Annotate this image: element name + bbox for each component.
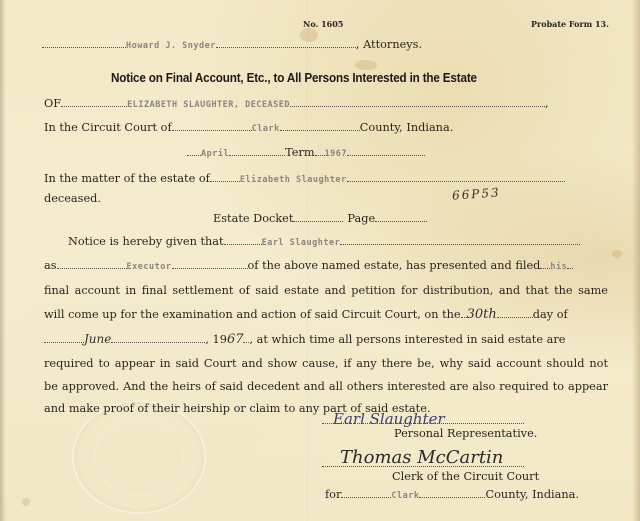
as-label: as xyxy=(44,259,57,272)
page-label: Page xyxy=(347,212,375,225)
line5-suffix: , at which time all persons interested i… xyxy=(249,333,565,346)
hearing-year: 67 xyxy=(227,332,244,347)
probate-document: No. 1605 Probate Form 13. Howard J. Snyd… xyxy=(0,0,640,521)
hearing-month-line: June, 1967, at which time all persons in… xyxy=(44,333,565,346)
court-county: Clark xyxy=(252,124,280,134)
docket-label: Estate Docket xyxy=(213,212,293,225)
estate-name-caps: ELIZABETH SLAUGHTER, DECEASED xyxy=(127,100,290,110)
deceased-label: deceased. xyxy=(44,193,101,204)
notice-line-3: final account in final settlement of sai… xyxy=(44,284,608,297)
hearing-suffix: day of xyxy=(533,308,568,321)
hearing-date-line: will come up for the examination and act… xyxy=(44,308,568,321)
of-label: OF xyxy=(44,97,61,110)
for-suffix: County, Indiana. xyxy=(485,488,579,501)
notice-person-name: Earl Slaughter xyxy=(262,238,341,248)
for-label: for xyxy=(325,488,341,501)
term-label: Term xyxy=(285,146,314,159)
role-value: Executor xyxy=(127,262,172,272)
paper-edge-right xyxy=(632,0,640,521)
hearing-prefix: will come up for the examination and act… xyxy=(44,308,461,321)
clerk-county-line: forClarkCounty, Indiana. xyxy=(325,489,579,501)
attorneys-suffix: , Attorneys. xyxy=(356,38,422,51)
notice-given-line: Notice is hereby given thatEarl Slaughte… xyxy=(68,236,580,248)
attorneys-line: Howard J. Snyder, Attorneys. xyxy=(42,39,422,51)
notice-line-6: required to appear in said Court and sho… xyxy=(44,357,608,370)
circuit-court-line: In the Circuit Court ofClarkCounty, Indi… xyxy=(44,122,453,134)
hearing-day: 30th xyxy=(467,307,497,322)
paper-edge-left xyxy=(0,0,6,521)
court-suffix: County, Indiana. xyxy=(360,121,454,134)
embossed-court-seal xyxy=(72,400,206,514)
estate-docket-line: Estate DocketPage xyxy=(213,213,427,224)
term-year: 1967 xyxy=(325,149,347,159)
year-prefix: , 19 xyxy=(205,333,227,346)
matter-prefix: In the matter of the estate of xyxy=(44,172,210,185)
role-line-text: of the above named estate, has presented… xyxy=(248,259,541,272)
role-line: asExecutorof the above named estate, has… xyxy=(44,260,573,272)
term-month: April xyxy=(201,149,229,159)
clerk-signature: Thomas McCartin xyxy=(340,447,503,468)
representative-label: Personal Representative. xyxy=(394,428,537,439)
page-title: Notice on Final Account, Etc., to All Pe… xyxy=(111,70,477,85)
matter-estate-name: Elizabeth Slaughter xyxy=(240,175,347,185)
stain xyxy=(22,498,30,506)
for-county: Clark xyxy=(391,491,419,501)
form-name: Probate Form 13. xyxy=(531,19,609,29)
notice-prefix: Notice is hereby given that xyxy=(68,235,224,248)
term-line: AprilTerm1967 xyxy=(187,147,425,159)
clerk-label: Clerk of the Circuit Court xyxy=(392,471,539,482)
representative-signature-line xyxy=(322,423,524,424)
notice-line-7: be approved. And the heirs of said deced… xyxy=(44,380,608,393)
pronoun-value: his xyxy=(550,262,567,272)
of-trailing-comma: , xyxy=(545,97,549,110)
hearing-month: June xyxy=(84,332,111,346)
handwritten-docket-note: 66P53 xyxy=(452,185,501,202)
clerk-signature-line xyxy=(322,466,524,467)
court-prefix: In the Circuit Court of xyxy=(44,121,172,134)
representative-signature: Earl Slaughter xyxy=(333,410,445,428)
form-number: No. 1605 xyxy=(303,19,343,29)
attorney-name: Howard J. Snyder xyxy=(126,41,216,51)
stain xyxy=(355,60,377,70)
matter-line: In the matter of the estate ofElizabeth … xyxy=(44,173,565,185)
estate-of-line: OFELIZABETH SLAUGHTER, DECEASED, xyxy=(44,98,549,110)
stain xyxy=(612,250,622,258)
